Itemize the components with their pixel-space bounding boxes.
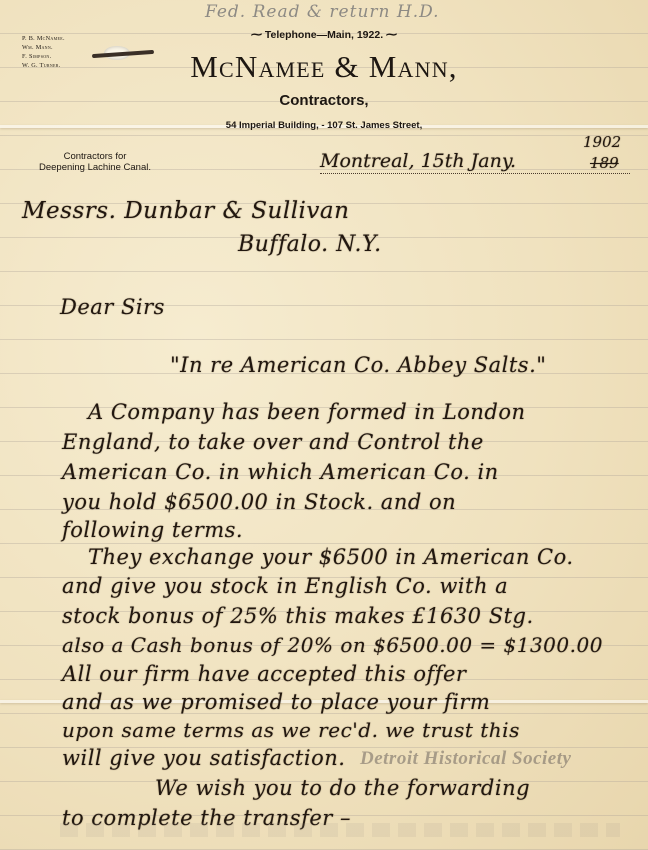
tagline-line: Contractors for <box>20 151 170 162</box>
subject-line: "In re American Co. Abbey Salts." <box>170 353 546 377</box>
body-line: American Co. in which American Co. in <box>62 460 499 484</box>
firm-subtitle: Contractors, <box>0 92 648 109</box>
salutation: Dear Sirs <box>60 295 165 319</box>
telephone-text: Telephone—Main, 1922. <box>265 29 383 41</box>
letter-page: Fed. Read & return H.D. P. B. McNamee. W… <box>0 0 648 850</box>
body-line: and as we promised to place your firm <box>62 690 490 714</box>
ornament-icon: ⁓ <box>386 29 397 41</box>
body-line: England, to take over and Control the <box>62 430 484 454</box>
body-line: upon same terms as we rec'd. we trust th… <box>62 718 520 742</box>
body-line: will give you satisfaction. <box>62 746 345 770</box>
firm-tagline: Contractors for Deepening Lachine Canal. <box>20 151 170 173</box>
body-line: and give you stock in English Co. with a <box>62 574 508 598</box>
body-line: stock bonus of 25% this makes £1630 Stg. <box>62 604 534 628</box>
dateline: Montreal, 15th Jany. <box>320 150 630 174</box>
body-line: All our firm have accepted this offer <box>62 662 466 686</box>
tagline-line: Deepening Lachine Canal. <box>20 162 170 173</box>
body-line: following terms. <box>62 518 243 542</box>
firm-name: McNamee & Mann, <box>0 49 648 85</box>
telephone-line: ⁓ Telephone—Main, 1922. ⁓ <box>0 28 648 41</box>
bleed-through-text <box>60 823 620 837</box>
pencil-annotation: Fed. Read & return H.D. <box>205 2 505 22</box>
year-printed-struck: 189 <box>590 154 619 172</box>
watermark: Detroit Historical Society <box>360 748 571 770</box>
body-line: They exchange your $6500 in American Co. <box>88 545 574 569</box>
body-line: We wish you to do the forwarding <box>155 776 530 800</box>
firm-address: 54 Imperial Building, - 107 St. James St… <box>0 120 648 131</box>
body-line: you hold $6500.00 in Stock. and on <box>62 490 456 514</box>
recipient-name: Messrs. Dunbar & Sullivan <box>22 198 349 224</box>
recipient-city: Buffalo. N.Y. <box>238 232 382 257</box>
body-line: also a Cash bonus of 20% on $6500.00 = $… <box>62 633 603 657</box>
year-handwritten: 1902 <box>583 133 621 151</box>
ornament-icon: ⁓ <box>251 29 262 41</box>
body-line: A Company has been formed in London <box>88 400 526 424</box>
